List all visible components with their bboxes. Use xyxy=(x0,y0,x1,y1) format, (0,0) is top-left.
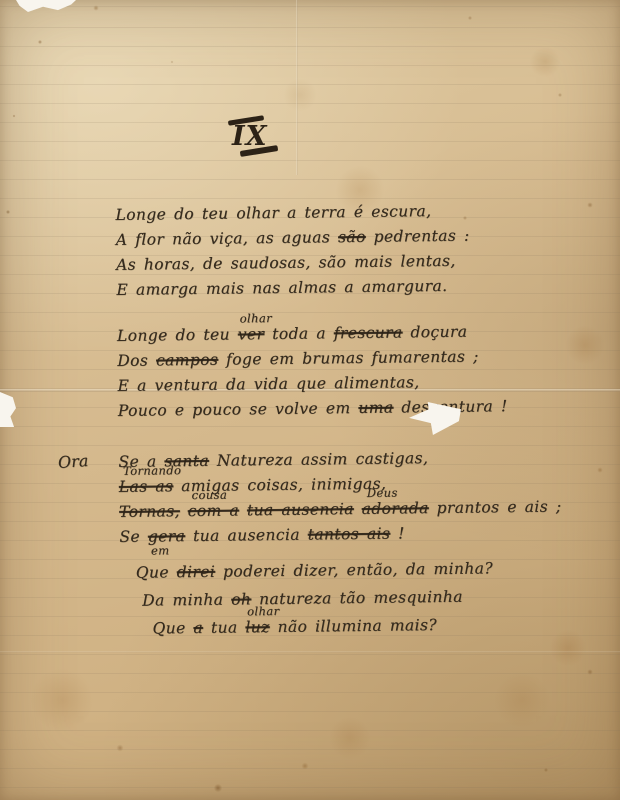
struck-text: uma xyxy=(358,399,393,417)
struck-text: frescura xyxy=(334,323,403,342)
struck-text: com acousa xyxy=(188,501,240,520)
text-segment xyxy=(354,500,362,518)
text-segment: Natureza assim castigas, xyxy=(209,449,428,470)
section-number-block: IX xyxy=(222,118,282,154)
stanza: Que direi poderei dizer, então, da minha… xyxy=(120,553,601,643)
margin-note: Ora xyxy=(57,451,89,472)
inserted-word-above: olhar xyxy=(240,313,273,324)
text-segment: E a ventura da vida que alimentas, xyxy=(117,373,419,395)
text-segment: poderei dizer, então, da minha? xyxy=(215,559,493,580)
inserted-word-below: em xyxy=(151,545,170,556)
text-segment: Da minha xyxy=(142,591,231,610)
text-segment: foge em brumas fumarentas ; xyxy=(218,348,479,369)
text-segment: Que xyxy=(152,619,193,637)
text-segment: A flor não viça, as aguas xyxy=(116,228,338,249)
text-segment: natureza tão mesquinha xyxy=(251,588,463,609)
stanza: Se a santa Natureza assim castigas,Las a… xyxy=(118,444,599,550)
text-segment: doçura xyxy=(402,323,467,342)
struck-text: geraem xyxy=(148,527,186,545)
stanza: Longe do teu verolhar toda a frescura do… xyxy=(117,318,598,424)
struck-text: são xyxy=(338,228,366,246)
poem-line: E amarga mais nas almas a amargura. xyxy=(116,272,596,303)
struck-text: Tornas, xyxy=(119,502,180,521)
struck-text: direi xyxy=(177,563,216,581)
text-segment xyxy=(239,501,247,519)
poem-line: Pouco e pouco se volve em uma desventura… xyxy=(118,393,598,424)
text-segment: Longe do teu xyxy=(117,325,238,344)
struck-text: luzolhar xyxy=(245,618,270,636)
text-segment: Pouco e pouco se volve em xyxy=(118,399,359,420)
text-segment: Longe do teu olhar a terra é escura, xyxy=(115,202,431,224)
text-segment: tua ausencia xyxy=(185,526,308,545)
poem: Longe do teu olhar a terra é escura,A fl… xyxy=(115,197,600,643)
struck-text: tua ausencia xyxy=(247,500,354,519)
text-segment: Dos xyxy=(117,351,156,369)
inserted-word-above: olhar xyxy=(247,606,280,617)
text-segment: Que xyxy=(136,563,177,581)
text-segment: prantos e ais ; xyxy=(429,498,562,518)
text-segment: ! xyxy=(390,524,405,542)
inserted-word-above: Deus xyxy=(367,488,398,499)
text-segment: desventura ! xyxy=(393,397,507,416)
struck-text: Las asTornando xyxy=(119,477,174,496)
text-segment: E amarga mais nas almas a amargura. xyxy=(116,277,447,299)
text-segment: Se xyxy=(119,528,148,546)
text-segment: As horas, de saudosas, são mais lentas, xyxy=(116,252,456,274)
struck-text: tantos ais xyxy=(308,525,391,544)
inserted-word-above: cousa xyxy=(192,490,228,501)
text-segment: não illumina mais? xyxy=(270,616,438,636)
stanza: Longe do teu olhar a terra é escura,A fl… xyxy=(115,197,596,303)
poem-line: Se geraem tua ausencia tantos ais ! xyxy=(119,519,599,550)
struck-text: adoradaDeus xyxy=(362,499,429,518)
text-segment: toda a xyxy=(264,324,334,343)
struck-text: campos xyxy=(156,351,218,370)
text-segment: tua xyxy=(203,618,246,637)
inserted-word-above: Tornando xyxy=(123,465,181,477)
text-segment xyxy=(180,502,188,520)
poem-line: Que a tua luzolhar não illumina mais? xyxy=(120,609,600,643)
struck-text: a xyxy=(193,619,203,637)
text-segment: pedrentas : xyxy=(366,227,470,246)
struck-text: verolhar xyxy=(238,325,265,343)
